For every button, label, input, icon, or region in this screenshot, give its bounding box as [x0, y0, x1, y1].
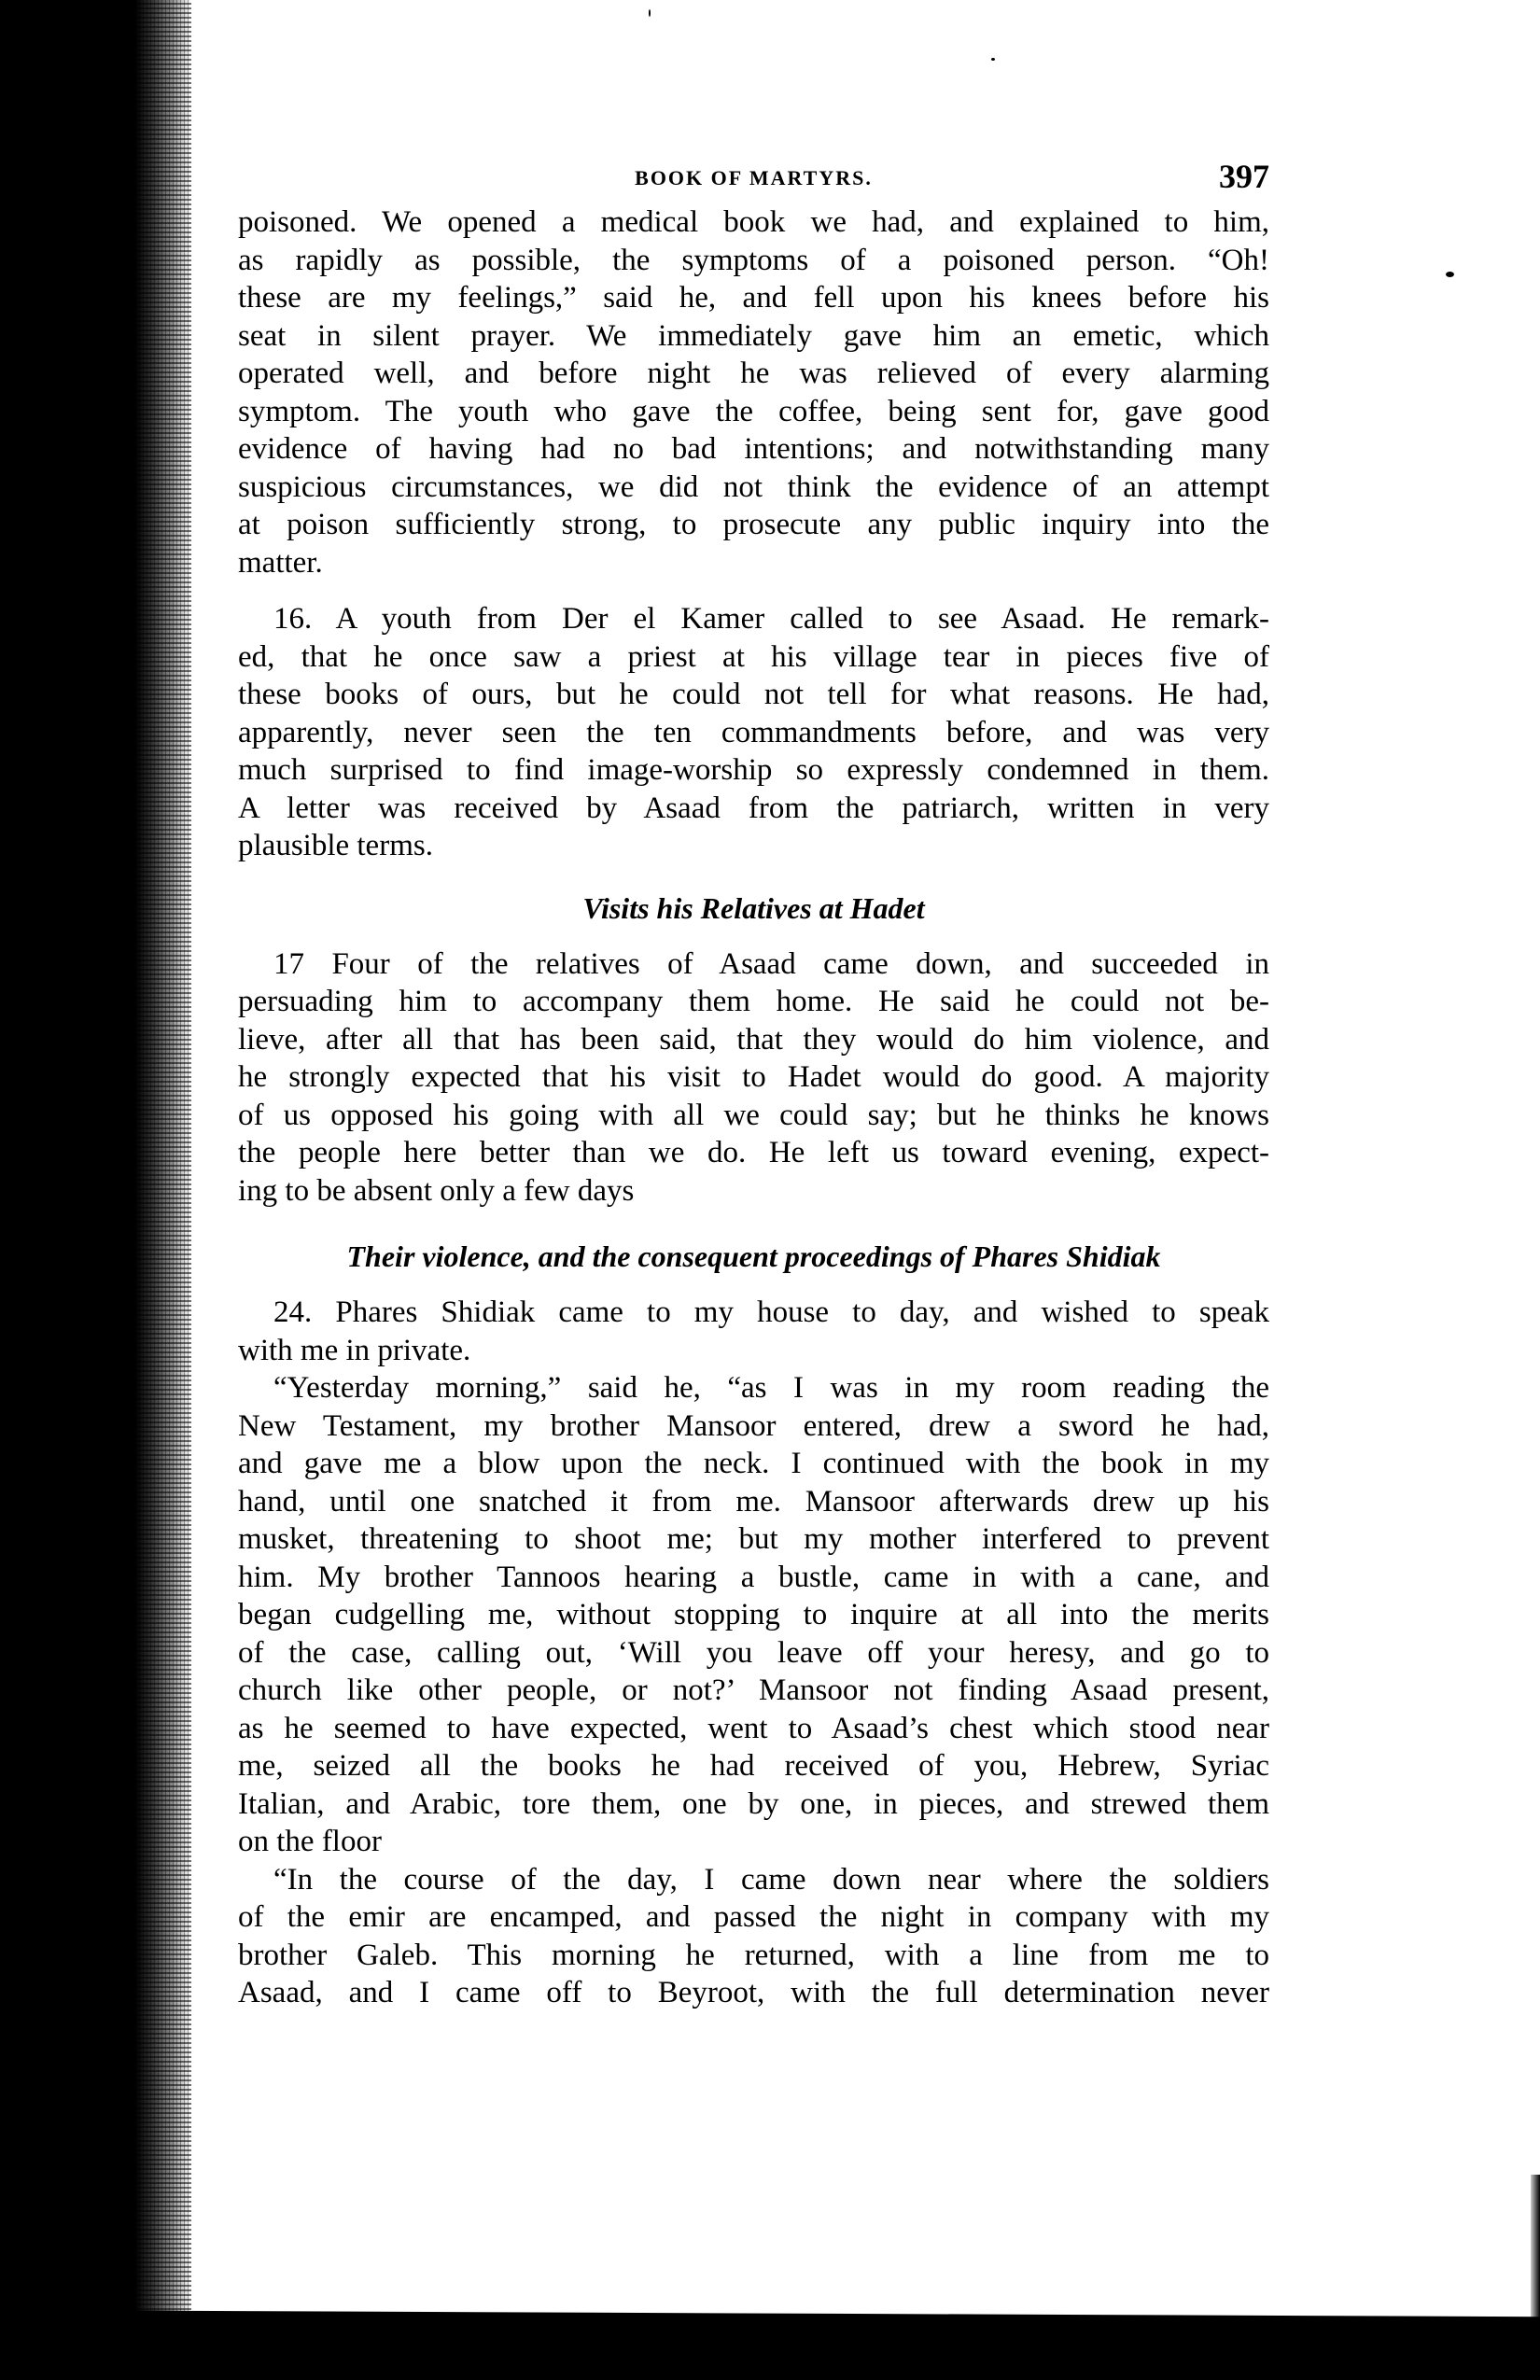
- paragraph-17: 17 Four of the relatives of Asaad came d…: [238, 945, 1269, 1211]
- text-line: persuading him to accompany them home. H…: [238, 983, 1269, 1021]
- scan-speck: [991, 58, 995, 61]
- scan-right-edge: [1531, 2175, 1540, 2380]
- text-line: of the emir are encamped, and passed the…: [238, 1898, 1269, 1937]
- text-line: “In the course of the day, I came down n…: [238, 1861, 1269, 1899]
- paragraph-course-of-day: “In the course of the day, I came down n…: [238, 1861, 1269, 2012]
- text-line: began cudgelling me, without stopping to…: [238, 1596, 1269, 1634]
- text-line: Asaad, and I came off to Beyroot, with t…: [238, 1974, 1269, 2012]
- text-line: at poison sufficiently strong, to prosec…: [238, 506, 1269, 544]
- page-body: poisoned. We opened a medical book we ha…: [238, 203, 1269, 2012]
- paragraph-16: 16. A youth from Der el Kamer called to …: [238, 600, 1269, 865]
- paragraph-24: 24. Phares Shidiak came to my house to d…: [238, 1294, 1269, 1369]
- text-line: and gave me a blow upon the neck. I cont…: [238, 1445, 1269, 1483]
- text-line: Italian, and Arabic, tore them, one by o…: [238, 1785, 1269, 1824]
- text-line: A letter was received by Asaad from the …: [238, 790, 1269, 828]
- text-line: apparently, never seen the ten commandme…: [238, 714, 1269, 752]
- text-line: with me in private.: [238, 1332, 1269, 1370]
- text-line: plausible terms.: [238, 827, 1269, 865]
- text-line: as he seemed to have expected, went to A…: [238, 1710, 1269, 1748]
- text-line: me, seized all the books he had received…: [238, 1747, 1269, 1785]
- text-line: these are my feelings,” said he, and fel…: [238, 279, 1269, 317]
- text-line: “Yesterday morning,” said he, “as I was …: [238, 1369, 1269, 1407]
- text-line: suspicious circumstances, we did not thi…: [238, 469, 1269, 507]
- page-header: BOOK OF MARTYRS. 397: [238, 157, 1269, 194]
- text-line: church like other people, or not?’ Manso…: [238, 1672, 1269, 1710]
- page-number: 397: [1219, 157, 1269, 196]
- text-line: lieve, after all that has been said, tha…: [238, 1021, 1269, 1059]
- scan-bottom-border: [0, 2310, 1540, 2380]
- text-line: seat in silent prayer. We immediately ga…: [238, 317, 1269, 356]
- text-line: as rapidly as possible, the symptoms of …: [238, 242, 1269, 280]
- scan-speck: [1446, 272, 1454, 277]
- text-line: the people here better than we do. He le…: [238, 1134, 1269, 1172]
- paragraph-yesterday-morning: “Yesterday morning,” said he, “as I was …: [238, 1369, 1269, 1861]
- text-line: he strongly expected that his visit to H…: [238, 1058, 1269, 1097]
- section-heading-visits-relatives: Visits his Relatives at Hadet: [238, 889, 1269, 927]
- text-line: 24. Phares Shidiak came to my house to d…: [238, 1294, 1269, 1332]
- text-line: him. My brother Tannoos hearing a bustle…: [238, 1559, 1269, 1597]
- text-line: much surprised to find image-worship so …: [238, 751, 1269, 790]
- section-heading-violence-phares: Their violence, and the consequent proce…: [238, 1238, 1269, 1275]
- text-line: matter.: [238, 544, 1269, 582]
- scan-speck: [649, 9, 651, 17]
- text-line: poisoned. We opened a medical book we ha…: [238, 203, 1269, 242]
- text-line: of us opposed his going with all we coul…: [238, 1097, 1269, 1135]
- text-line: operated well, and before night he was r…: [238, 355, 1269, 393]
- text-line: New Testament, my brother Mansoor entere…: [238, 1407, 1269, 1446]
- text-line: ing to be absent only a few days: [238, 1172, 1269, 1211]
- text-line: hand, until one snatched it from me. Man…: [238, 1483, 1269, 1521]
- text-line: 17 Four of the relatives of Asaad came d…: [238, 945, 1269, 984]
- running-head: BOOK OF MARTYRS.: [238, 166, 1269, 190]
- text-line: of the case, calling out, ‘Will you leav…: [238, 1634, 1269, 1673]
- book-binding-shadow: [0, 0, 154, 2380]
- text-line: evidence of having had no bad intentions…: [238, 430, 1269, 469]
- text-line: 16. A youth from Der el Kamer called to …: [238, 600, 1269, 638]
- text-line: ed, that he once saw a priest at his vil…: [238, 638, 1269, 677]
- text-line: symptom. The youth who gave the coffee, …: [238, 393, 1269, 431]
- text-line: brother Galeb. This morning he returned,…: [238, 1937, 1269, 1975]
- text-line: on the floor: [238, 1823, 1269, 1861]
- binding-edge-grain: [135, 0, 191, 2380]
- text-line: these books of ours, but he could not te…: [238, 676, 1269, 714]
- paragraph-poison-remedy: poisoned. We opened a medical book we ha…: [238, 203, 1269, 581]
- text-line: musket, threatening to shoot me; but my …: [238, 1520, 1269, 1559]
